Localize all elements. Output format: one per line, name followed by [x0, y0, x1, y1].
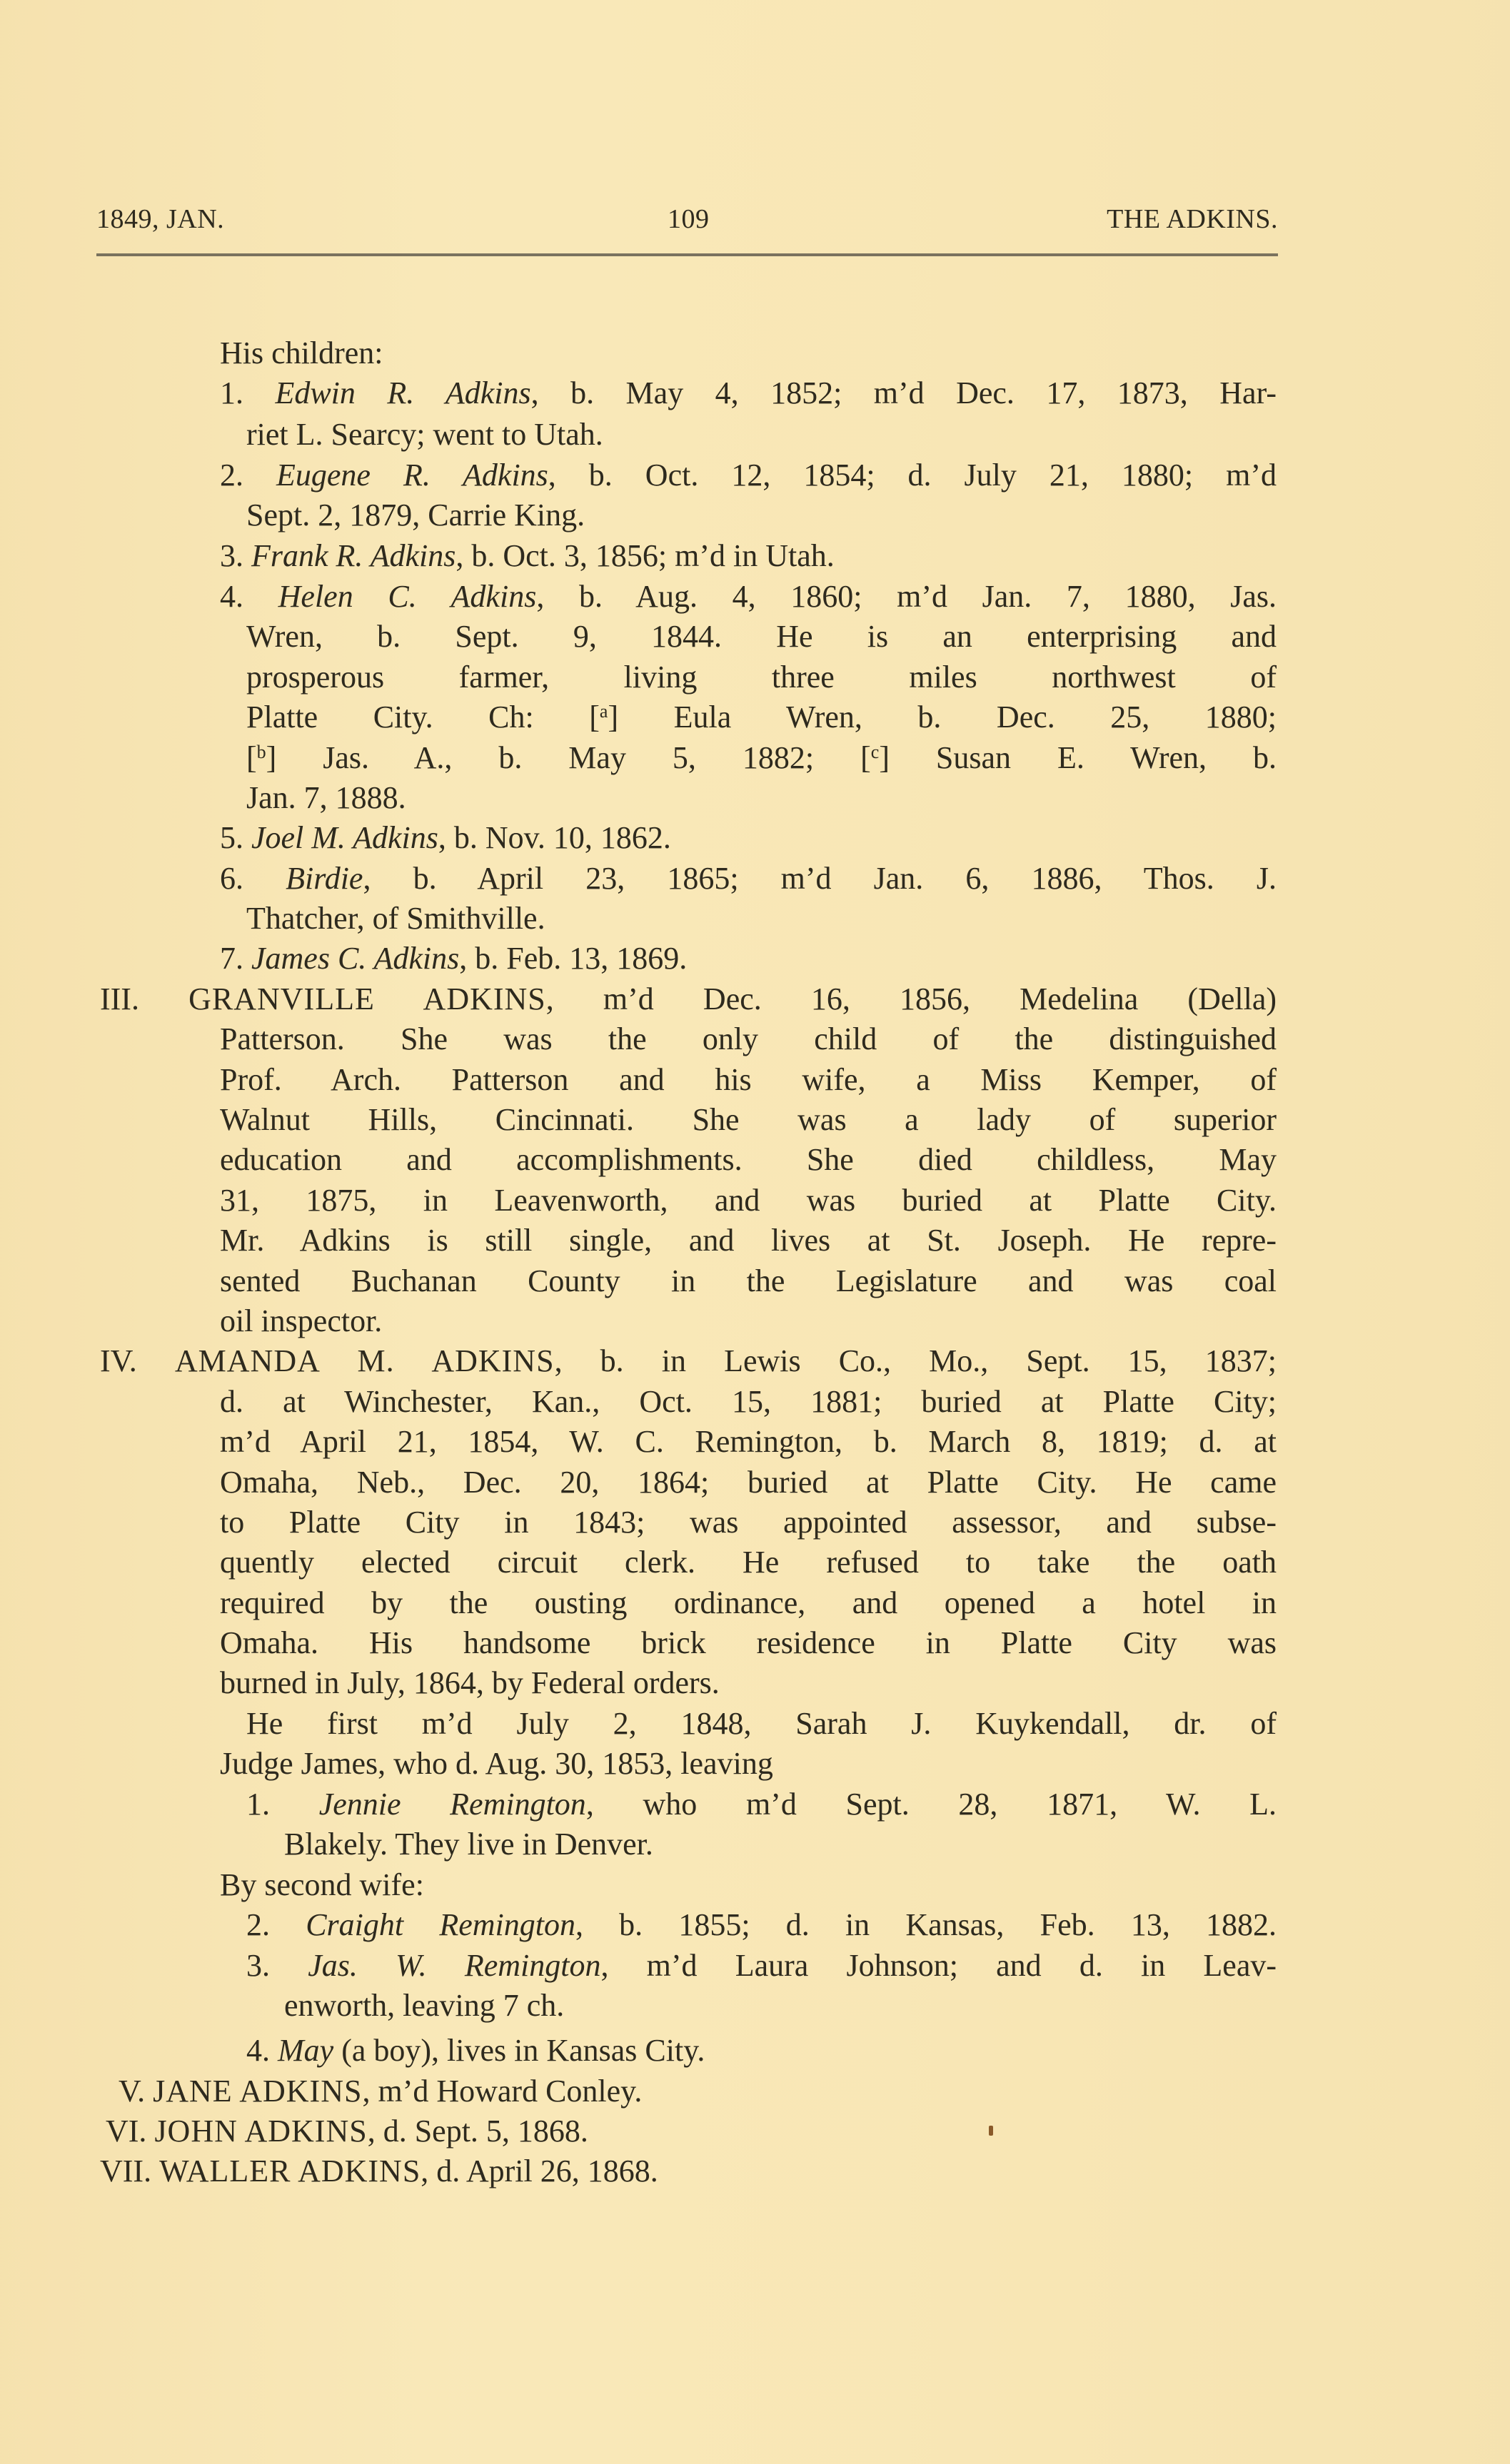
section-entry-VI: VI. JOHN ADKINS, d. Sept. 5, 1868. [106, 2111, 588, 2151]
child-name: May [278, 2033, 333, 2068]
child-entry-6: 6. Birdie, b. April 23, 1865; m’d Jan. 6… [220, 859, 1277, 899]
section-entry-VII: VII. WALLER ADKINS, d. April 26, 1868. [100, 2151, 658, 2191]
section-IV-line-2: d. at Winchester, Kan., Oct. 15, 1881; b… [220, 1382, 1277, 1422]
ink-speck [989, 2126, 993, 2136]
roman-numeral: VI. [106, 2114, 146, 2149]
person-name: JOHN ADKINS [154, 2114, 367, 2149]
section-IV-first-marriage: He first m’d July 2, 1848, Sarah J. Kuyk… [246, 1704, 1277, 1744]
running-head-date: 1849, JAN. [96, 203, 224, 235]
child-name: Helen C. Adkins [278, 579, 537, 614]
remington-child-2: 2. Craight Remington, b. 1855; d. in Kan… [246, 1905, 1277, 1945]
section-IV-line-9: burned in July, 1864, by Federal orders. [220, 1663, 720, 1703]
person-name: WALLER ADKINS [159, 2154, 421, 2188]
section-III-line-7: Mr. Adkins is still single, and lives at… [220, 1221, 1277, 1261]
running-head: 1849, JAN. 109 THE ADKINS. [96, 203, 1278, 246]
child-name: Eugene R. Adkins [276, 458, 548, 493]
child-entry-1: 1. Edwin R. Adkins, b. May 4, 1852; m’d … [220, 373, 1277, 413]
roman-numeral: VII. [100, 2154, 151, 2188]
header-rule [96, 253, 1278, 256]
child-entry-4: 4. Helen C. Adkins, b. Aug. 4, 1860; m’d… [220, 577, 1277, 617]
remington-child-3-cont: enworth, leaving 7 ch. [284, 1986, 564, 2026]
roman-numeral: V. [119, 2074, 145, 2109]
section-IV-first-marriage-cont: Judge James, who d. Aug. 30, 1853, leavi… [220, 1744, 773, 1784]
child-entry-4-cont-1: Wren, b. Sept. 9, 1844. He is an enterpr… [246, 617, 1277, 657]
child-name: Jennie Remington [319, 1787, 586, 1822]
child-entry-4-cont-4: [b] Jas. A., b. May 5, 1882; [c] Susan E… [246, 738, 1277, 778]
child-name: Edwin R. Adkins [275, 375, 530, 410]
child-entry-2: 2. Eugene R. Adkins, b. Oct. 12, 1854; d… [220, 455, 1277, 495]
section-entry-IV: IV. AMANDA M. ADKINS, b. in Lewis Co., M… [100, 1341, 1277, 1381]
child-entry-4-cont-2: prosperous farmer, living three miles no… [246, 657, 1277, 697]
child-name: Jas. W. Remington [308, 1948, 600, 1983]
child-name: Craight Remington [306, 1907, 575, 1942]
remington-child-1: 1. Jennie Remington, who m’d Sept. 28, 1… [246, 1784, 1277, 1824]
section-III-line-4: Walnut Hills, Cincinnati. She was a lady… [220, 1100, 1277, 1140]
remington-child-4: 4. May (a boy), lives in Kansas City. [246, 2031, 705, 2071]
running-head-title: THE ADKINS. [1107, 203, 1278, 235]
page-number: 109 [668, 203, 710, 235]
remington-child-1-cont: Blakely. They live in Denver. [284, 1824, 653, 1864]
section-IV-line-8: Omaha. His handsome brick residence in P… [220, 1623, 1277, 1663]
book-page: 1849, JAN. 109 THE ADKINS. His children:… [0, 0, 1510, 2464]
child-name: Joel M. Adkins [251, 820, 438, 855]
by-second-wife-label: By second wife: [220, 1865, 424, 1905]
child-entry-2-cont: Sept. 2, 1879, Carrie King. [246, 495, 585, 535]
section-IV-line-5: to Platte City in 1843; was appointed as… [220, 1503, 1277, 1542]
section-IV-line-6: quently elected circuit clerk. He refuse… [220, 1542, 1277, 1582]
remington-child-3: 3. Jas. W. Remington, m’d Laura Johnson;… [246, 1946, 1277, 1986]
section-IV-line-7: required by the ousting ordinance, and o… [220, 1583, 1277, 1623]
section-III-line-5: education and accomplishments. She died … [220, 1140, 1277, 1180]
roman-numeral: III. [100, 981, 139, 1016]
section-IV-line-4: Omaha, Neb., Dec. 20, 1864; buried at Pl… [220, 1463, 1277, 1503]
child-name: Birdie [286, 861, 363, 896]
person-name: JANE ADKINS [153, 2074, 362, 2109]
section-III-line-8: sented Buchanan County in the Legislatur… [220, 1261, 1277, 1301]
roman-numeral: IV. [100, 1343, 137, 1378]
child-entry-7: 7. James C. Adkins, b. Feb. 13, 1869. [220, 939, 687, 979]
child-entry-3: 3. Frank R. Adkins, b. Oct. 3, 1856; m’d… [220, 536, 835, 576]
person-name: GRANVILLE ADKINS [188, 981, 546, 1016]
child-entry-1-cont: riet L. Searcy; went to Utah. [246, 415, 603, 455]
section-entry-V: V. JANE ADKINS, m’d Howard Conley. [119, 2071, 642, 2111]
child-entry-6-cont: Thatcher, of Smithville. [246, 899, 545, 939]
section-III-line-3: Prof. Arch. Patterson and his wife, a Mi… [220, 1060, 1277, 1100]
child-name: James C. Adkins [251, 941, 459, 976]
section-III-line-9: oil inspector. [220, 1301, 382, 1341]
child-name: Frank R. Adkins [251, 538, 455, 573]
section-III-line-2: Patterson. She was the only child of the… [220, 1019, 1277, 1059]
child-entry-4-cont-5: Jan. 7, 1888. [246, 778, 406, 818]
line-his-children: His children: [220, 333, 383, 373]
section-entry-III: III. GRANVILLE ADKINS, m’d Dec. 16, 1856… [100, 979, 1277, 1019]
section-III-line-6: 31, 1875, in Leavenworth, and was buried… [220, 1181, 1277, 1221]
child-entry-5: 5. Joel M. Adkins, b. Nov. 10, 1862. [220, 818, 671, 858]
section-IV-line-3: m’d April 21, 1854, W. C. Remington, b. … [220, 1422, 1277, 1462]
person-name: AMANDA M. ADKINS [175, 1343, 555, 1378]
child-entry-4-cont-3: Platte City. Ch: [a] Eula Wren, b. Dec. … [246, 697, 1277, 737]
